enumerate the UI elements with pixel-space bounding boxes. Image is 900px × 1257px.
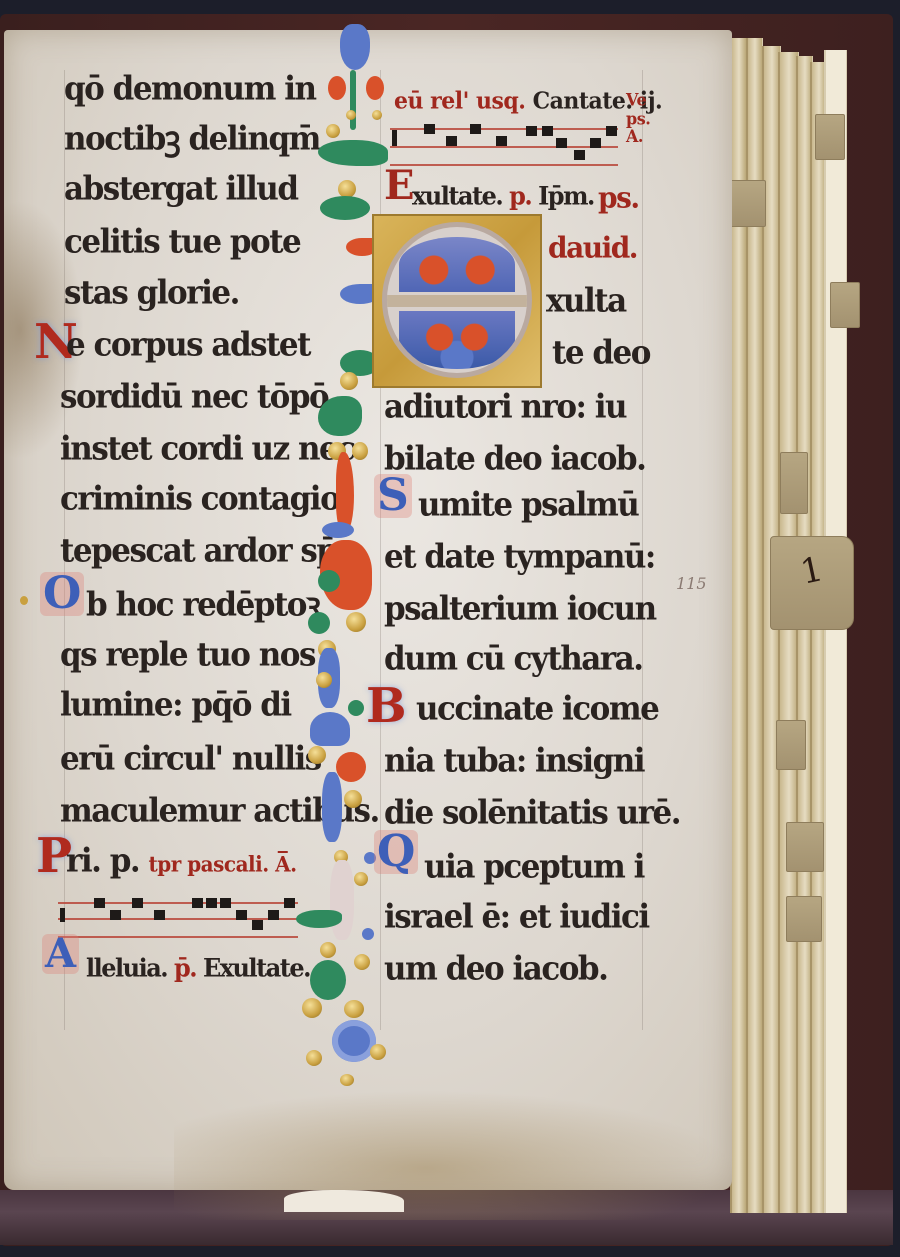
neume	[470, 124, 481, 134]
neume	[268, 910, 279, 920]
neume	[252, 920, 263, 930]
page-tab[interactable]	[780, 452, 808, 514]
tab-number: 1	[797, 549, 826, 593]
text-line: criminis contagio	[60, 483, 339, 516]
neume	[284, 898, 295, 908]
text-line: b hoc redēptoꝛ	[86, 589, 319, 622]
text-line: noctibꝫ delinqm̄	[64, 123, 320, 156]
page-tab-numbered[interactable]: 1	[770, 536, 854, 630]
neume	[94, 898, 105, 908]
text-line: bilate deo iacob.	[384, 443, 645, 476]
text-line: israel ē: et iudici	[384, 901, 649, 934]
neume	[192, 898, 203, 908]
neume	[236, 910, 247, 920]
rubric-line: ri. p. tpr pascali. A̅.	[66, 845, 297, 878]
text-line: erū circul' nullis	[60, 743, 321, 776]
text-line: celitis tue pote	[64, 226, 300, 259]
text-line: tepescat ardor sp̄s.	[60, 535, 362, 568]
neume	[132, 898, 143, 908]
rubric-dauid: dauid.	[548, 233, 637, 262]
parchment-tear	[284, 1190, 404, 1212]
text-line: dum cū cythara.	[384, 643, 643, 676]
text-line: adiutori nro: iu	[384, 391, 626, 424]
text-line: stas glorie.	[64, 277, 239, 310]
page-tab[interactable]	[786, 896, 822, 942]
neume	[154, 910, 165, 920]
neume	[526, 126, 537, 136]
rubric-text: ri. p.	[66, 842, 148, 880]
spiral-icon	[332, 1020, 376, 1062]
initial-Q: Q	[374, 830, 418, 874]
text-line: um deo iacob.	[384, 953, 607, 986]
text-line: qō demonum in	[64, 73, 316, 106]
leaf-edge	[824, 50, 847, 1213]
text-line: uccinate icome	[416, 693, 658, 726]
bud-icon	[328, 76, 346, 100]
margin-rubric: Ve ps. A.	[626, 91, 650, 146]
initial-E-small: E	[384, 166, 415, 206]
neume	[496, 136, 507, 146]
text-line: xulta	[546, 285, 626, 318]
initial-A: A	[42, 934, 79, 974]
initial-S: S	[374, 474, 412, 518]
text-line: umite psalmū	[418, 489, 638, 522]
top-rubric: eū rel' usq. Cantate. ij.	[394, 89, 662, 112]
text-line: nia tuba: insigni	[384, 745, 644, 778]
page-tab[interactable]	[830, 282, 860, 328]
neume	[606, 126, 617, 136]
neume	[220, 898, 231, 908]
text-line: abstergat illud	[64, 173, 298, 206]
alleluia-line: lleluia. p̄. Exultate.	[86, 955, 310, 980]
incipit-line: xultate. p. Ip̄m.	[412, 183, 594, 208]
neume	[110, 910, 121, 920]
text-line: e corpus adstet	[66, 329, 310, 362]
text-line: die solēnitatis urē.	[384, 797, 680, 830]
neume	[556, 138, 567, 148]
neume	[206, 898, 217, 908]
neume	[424, 124, 435, 134]
text-line: te deo	[552, 337, 650, 370]
text-line: qs reple tuo nos	[60, 639, 315, 672]
page-tab[interactable]	[815, 114, 845, 160]
initial-B: B	[366, 682, 407, 730]
text-line: psalterium iocun	[384, 593, 656, 626]
initial-O: O	[40, 572, 84, 616]
margin-rubric-ps: ps.	[598, 183, 639, 212]
page-tab[interactable]	[786, 822, 824, 872]
music-staff	[390, 124, 618, 170]
clef	[60, 908, 65, 922]
illuminated-initial-E	[372, 214, 542, 388]
rubric-red: tpr pascali. A̅.	[148, 852, 296, 877]
water-stain	[174, 1090, 734, 1220]
text-line: uia pceptum i	[424, 851, 644, 884]
neume	[574, 150, 585, 160]
music-staff	[58, 898, 298, 944]
gold-dot	[20, 596, 28, 605]
text-line: et date tympanū:	[384, 541, 655, 574]
text-line: instet cordi uz nec	[60, 433, 355, 466]
neume	[590, 138, 601, 148]
text-line: lumine: pq̄ō di	[60, 689, 291, 722]
page-tab[interactable]	[776, 720, 806, 770]
neume	[542, 126, 553, 136]
neume	[446, 136, 457, 146]
flower-icon	[340, 24, 370, 70]
letter-E-icon	[382, 222, 532, 378]
clef	[392, 130, 397, 146]
text-line: sordidū nec tōpō	[60, 381, 328, 414]
bud-icon	[366, 76, 384, 100]
pencil-folio-note: 115	[676, 574, 707, 593]
